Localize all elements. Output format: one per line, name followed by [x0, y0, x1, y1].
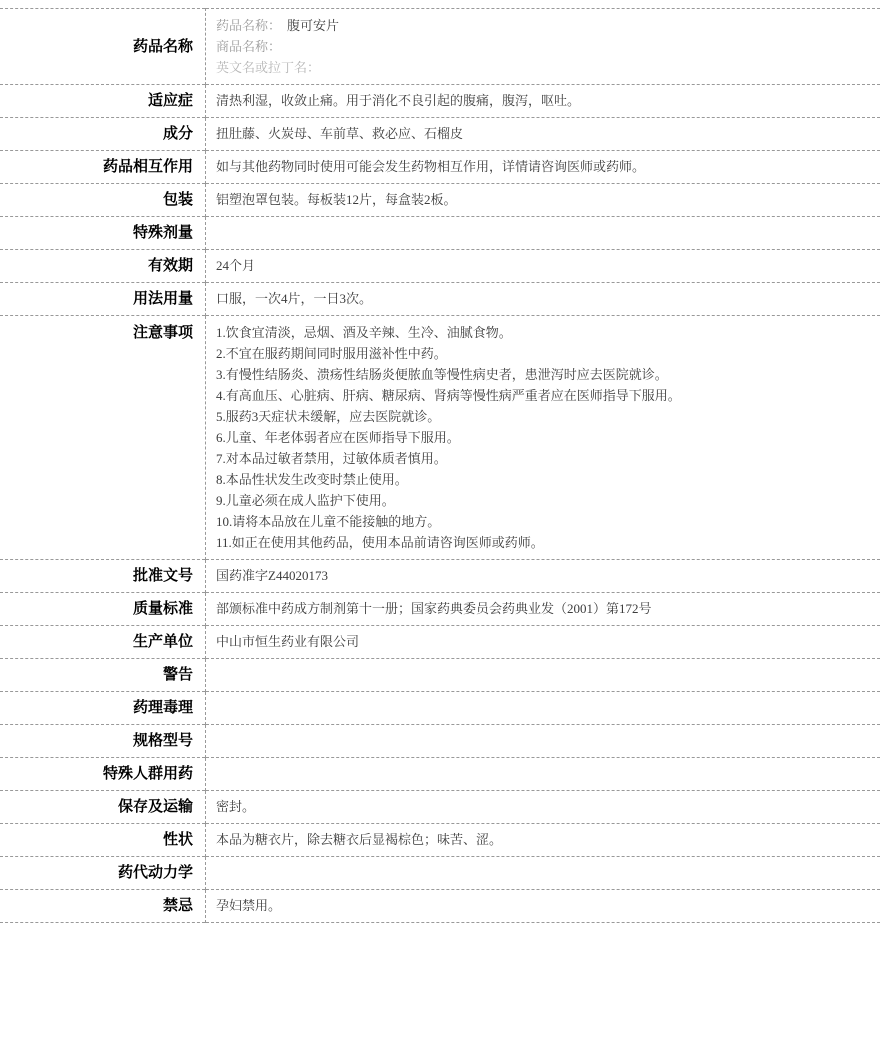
row-label-drug-interactions: 药品相互作用 [0, 151, 206, 184]
table-row-drug-name: 药品名称药品名称：腹可安片商品名称：英文名或拉丁名： [0, 9, 880, 85]
row-label-pharmacology-toxicology: 药理毒理 [0, 692, 206, 725]
row-content-pharmacology-toxicology [206, 692, 880, 725]
table-row-approval-number: 批准文号国药准字Z44020173 [0, 560, 880, 593]
row-content-quality-standard: 部颁标准中药成方制剂第十一册；国家药典委员会药典业发（2001）第172号 [206, 593, 880, 626]
row-label-storage-transport: 保存及运输 [0, 791, 206, 824]
table-row-special-populations: 特殊人群用药 [0, 758, 880, 791]
content-line: 9.儿童必须在成人监护下使用。 [216, 490, 870, 511]
row-content-packaging: 铝塑泡罩包装。每板装12片，每盒装2板。 [206, 184, 880, 217]
content-line: 7.对本品过敏者禁用，过敏体质者慎用。 [216, 448, 870, 469]
table-row-pharmacokinetics: 药代动力学 [0, 857, 880, 890]
table-row-precautions: 注意事项1.饮食宜清淡，忌烟、酒及辛辣、生冷、油腻食物。2.不宜在服药期间同时服… [0, 316, 880, 560]
field-label: 英文名或拉丁名： [216, 60, 320, 75]
table-row-storage-transport: 保存及运输密封。 [0, 791, 880, 824]
row-label-ingredients: 成分 [0, 118, 206, 151]
drug-info-table-body: 药品名称药品名称：腹可安片商品名称：英文名或拉丁名：适应症清热利湿，收敛止痛。用… [0, 9, 880, 923]
field-line-drug-name-2: 英文名或拉丁名： [216, 57, 870, 78]
row-label-shelf-life: 有效期 [0, 250, 206, 283]
field-label: 药品名称： [216, 18, 281, 33]
row-label-pharmacokinetics: 药代动力学 [0, 857, 206, 890]
content-line: 10.请将本品放在儿童不能接触的地方。 [216, 511, 870, 532]
table-row-specification-model: 规格型号 [0, 725, 880, 758]
row-label-quality-standard: 质量标准 [0, 593, 206, 626]
row-label-indications: 适应症 [0, 85, 206, 118]
row-label-description: 性状 [0, 824, 206, 857]
row-label-dosage-administration: 用法用量 [0, 283, 206, 316]
table-row-packaging: 包装铝塑泡罩包装。每板装12片，每盒装2板。 [0, 184, 880, 217]
table-row-ingredients: 成分扭肚藤、火炭母、车前草、救必应、石榴皮 [0, 118, 880, 151]
row-content-special-populations [206, 758, 880, 791]
row-label-specification-model: 规格型号 [0, 725, 206, 758]
table-row-shelf-life: 有效期24个月 [0, 250, 880, 283]
content-line: 1.饮食宜清淡，忌烟、酒及辛辣、生冷、油腻食物。 [216, 322, 870, 343]
row-label-packaging: 包装 [0, 184, 206, 217]
row-label-special-dosage: 特殊剂量 [0, 217, 206, 250]
row-content-contraindications: 孕妇禁用。 [206, 890, 880, 923]
content-line: 8.本品性状发生改变时禁止使用。 [216, 469, 870, 490]
table-row-drug-interactions: 药品相互作用如与其他药物同时使用可能会发生药物相互作用，详情请咨询医师或药师。 [0, 151, 880, 184]
row-content-approval-number: 国药准字Z44020173 [206, 560, 880, 593]
field-label: 商品名称： [216, 39, 281, 54]
row-label-approval-number: 批准文号 [0, 560, 206, 593]
table-row-dosage-administration: 用法用量口服，一次4片，一日3次。 [0, 283, 880, 316]
row-content-special-dosage [206, 217, 880, 250]
row-content-indications: 清热利湿，收敛止痛。用于消化不良引起的腹痛，腹泻，呕吐。 [206, 85, 880, 118]
field-value: 腹可安片 [287, 18, 339, 33]
content-line: 6.儿童、年老体弱者应在医师指导下服用。 [216, 427, 870, 448]
field-line-drug-name-1: 商品名称： [216, 36, 870, 57]
field-line-drug-name-0: 药品名称：腹可安片 [216, 15, 870, 36]
row-content-warning [206, 659, 880, 692]
row-content-drug-name: 药品名称：腹可安片商品名称：英文名或拉丁名： [206, 9, 880, 85]
row-content-shelf-life: 24个月 [206, 250, 880, 283]
content-line: 5.服药3天症状未缓解，应去医院就诊。 [216, 406, 870, 427]
row-content-storage-transport: 密封。 [206, 791, 880, 824]
row-content-pharmacokinetics [206, 857, 880, 890]
table-row-manufacturer: 生产单位中山市恒生药业有限公司 [0, 626, 880, 659]
row-label-drug-name: 药品名称 [0, 9, 206, 85]
row-content-specification-model [206, 725, 880, 758]
row-label-special-populations: 特殊人群用药 [0, 758, 206, 791]
row-content-precautions: 1.饮食宜清淡，忌烟、酒及辛辣、生冷、油腻食物。2.不宜在服药期间同时服用滋补性… [206, 316, 880, 560]
table-row-contraindications: 禁忌孕妇禁用。 [0, 890, 880, 923]
row-content-description: 本品为糖衣片，除去糖衣后显褐棕色；味苦、涩。 [206, 824, 880, 857]
table-row-indications: 适应症清热利湿，收敛止痛。用于消化不良引起的腹痛，腹泻，呕吐。 [0, 85, 880, 118]
content-line: 11.如正在使用其他药品，使用本品前请咨询医师或药师。 [216, 532, 870, 553]
table-row-pharmacology-toxicology: 药理毒理 [0, 692, 880, 725]
table-row-warning: 警告 [0, 659, 880, 692]
row-content-manufacturer: 中山市恒生药业有限公司 [206, 626, 880, 659]
content-line: 4.有高血压、心脏病、肝病、糖尿病、肾病等慢性病严重者应在医师指导下服用。 [216, 385, 870, 406]
table-row-description: 性状本品为糖衣片，除去糖衣后显褐棕色；味苦、涩。 [0, 824, 880, 857]
row-label-precautions: 注意事项 [0, 316, 206, 560]
row-content-drug-interactions: 如与其他药物同时使用可能会发生药物相互作用，详情请咨询医师或药师。 [206, 151, 880, 184]
drug-info-table: 药品名称药品名称：腹可安片商品名称：英文名或拉丁名：适应症清热利湿，收敛止痛。用… [0, 8, 880, 923]
row-label-warning: 警告 [0, 659, 206, 692]
row-content-dosage-administration: 口服，一次4片，一日3次。 [206, 283, 880, 316]
drug-info-page: 药品名称药品名称：腹可安片商品名称：英文名或拉丁名：适应症清热利湿，收敛止痛。用… [0, 0, 880, 1050]
row-label-manufacturer: 生产单位 [0, 626, 206, 659]
content-line: 2.不宜在服药期间同时服用滋补性中药。 [216, 343, 870, 364]
table-row-special-dosage: 特殊剂量 [0, 217, 880, 250]
content-line: 3.有慢性结肠炎、溃疡性结肠炎便脓血等慢性病史者，患泄泻时应去医院就诊。 [216, 364, 870, 385]
row-content-ingredients: 扭肚藤、火炭母、车前草、救必应、石榴皮 [206, 118, 880, 151]
table-row-quality-standard: 质量标准部颁标准中药成方制剂第十一册；国家药典委员会药典业发（2001）第172… [0, 593, 880, 626]
row-label-contraindications: 禁忌 [0, 890, 206, 923]
